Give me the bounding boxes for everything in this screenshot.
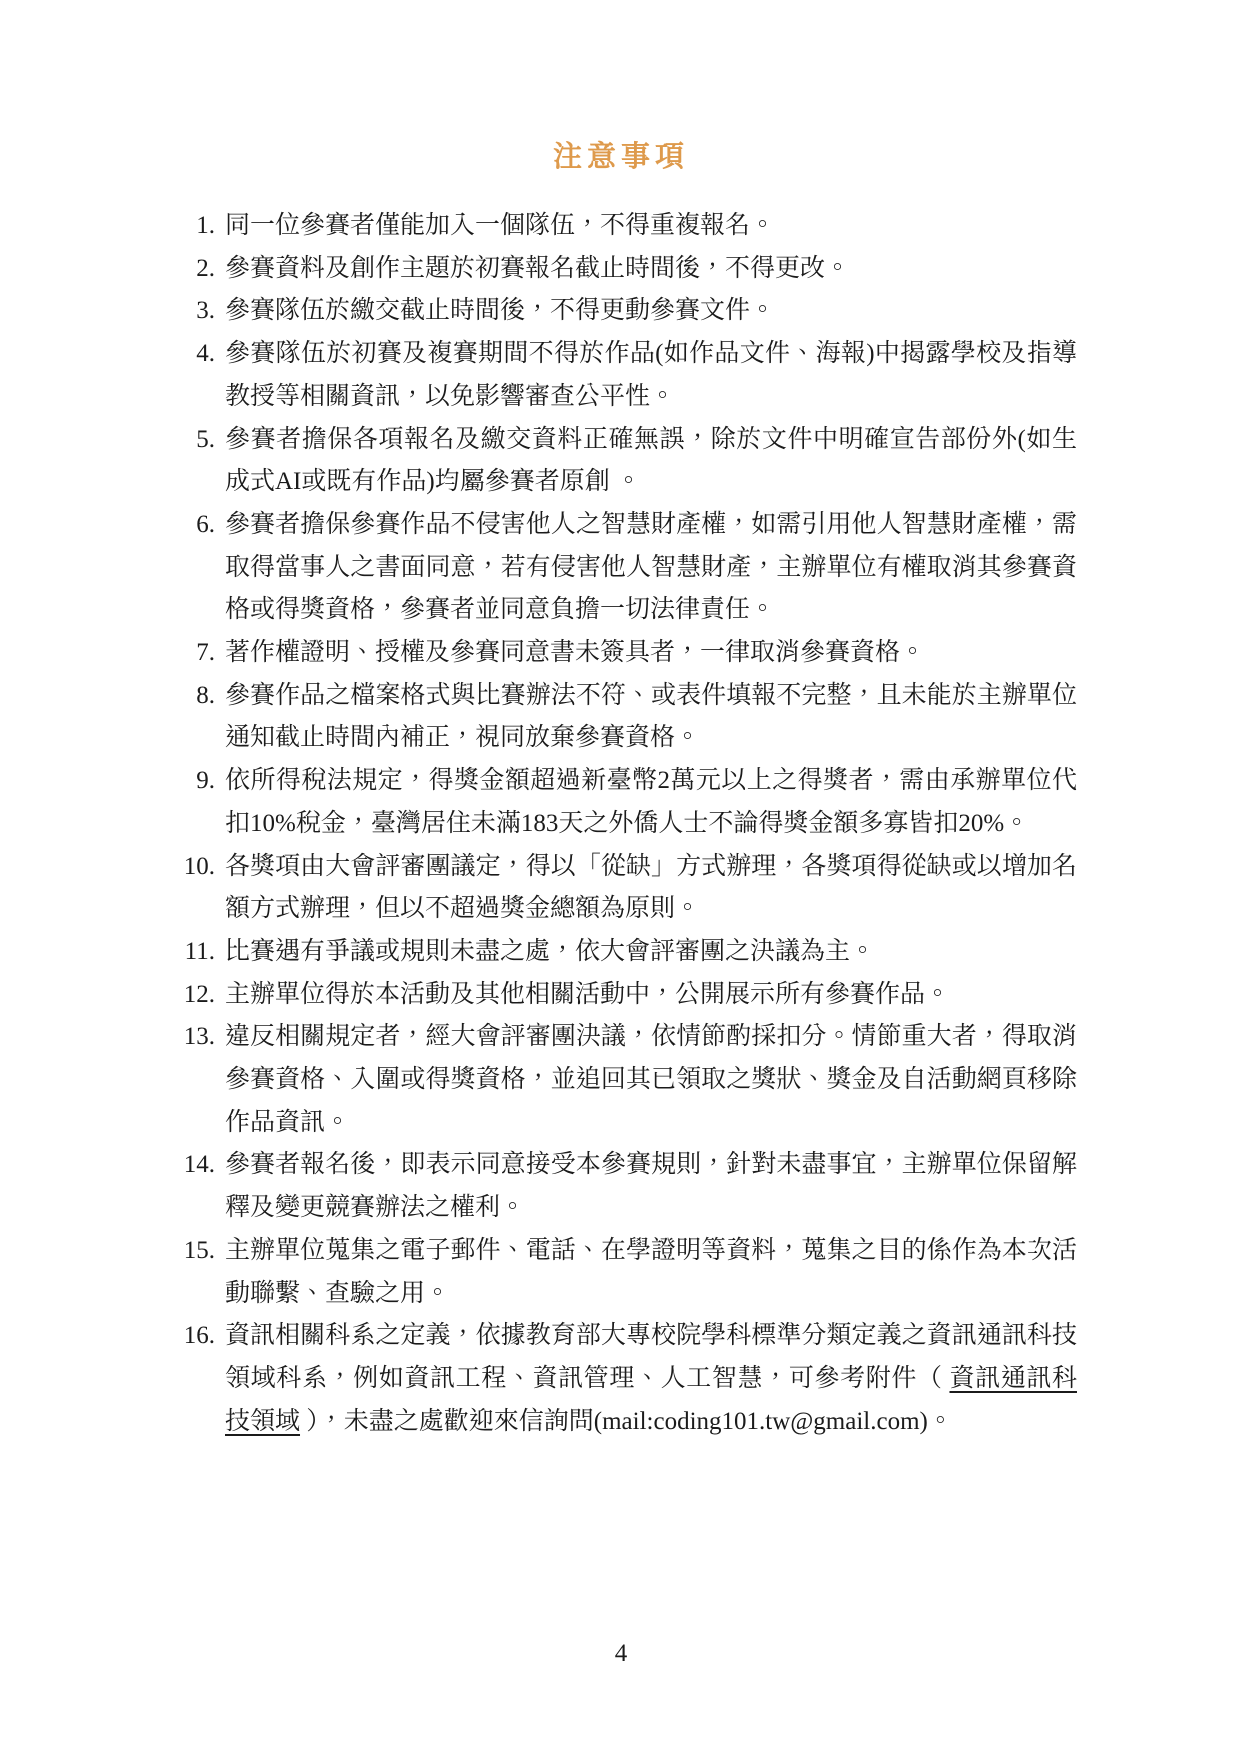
item-number: 14. <box>165 1144 215 1187</box>
item-number: 3. <box>165 290 215 333</box>
list-item: 3. 參賽隊伍於繳交截止時間後，不得更動參賽文件。 <box>165 290 1077 333</box>
item-text: 著作權證明、授權及參賽同意書未簽具者，一律取消參賽資格。 <box>225 639 925 666</box>
item-text: 參賽者報名後，即表示同意接受本參賽規則，針對未盡事宜，主辦單位保留解釋及變更競賽… <box>225 1151 1077 1221</box>
list-item: 15. 主辦單位蒐集之電子郵件、電話、在學證明等資料，蒐集之目的係作為本次活動聯… <box>165 1230 1077 1315</box>
item-text-segment: 參賽隊伍於初賽及複賽期間不得於作品(如作品文件、海報)中揭露學校及指導教授等相關… <box>225 340 1077 410</box>
item-number: 15. <box>165 1230 215 1273</box>
item-text-segment: 依所得稅法規定，得獎金額超過新臺幣2萬元以上之得獎者，需由承辦單位代扣10%稅金… <box>225 767 1077 837</box>
page-title: 注意事項 <box>165 136 1077 179</box>
item-text-segment: 比賽遇有爭議或規則未盡之處，依大會評審團之決議為主。 <box>225 938 875 965</box>
item-text-segment: 違反相關規定者，經大會評審團決議，依情節酌採扣分。情節重大者，得取消參賽資格、入… <box>225 1023 1077 1135</box>
item-text-segment: 各獎項由大會評審團議定，得以「從缺」方式辦理，各獎項得從缺或以增加名額方式辦理，… <box>225 853 1077 923</box>
item-text-segment: ），未盡之處歡迎來信詢問(mail:coding101.tw@gmail.com… <box>300 1408 953 1435</box>
list-item: 14. 參賽者報名後，即表示同意接受本參賽規則，針對未盡事宜，主辦單位保留解釋及… <box>165 1144 1077 1229</box>
item-text: 參賽資料及創作主題於初賽報名截止時間後，不得更改。 <box>225 255 850 282</box>
item-text-segment: 同一位參賽者僅能加入一個隊伍，不得重複報名。 <box>225 212 775 239</box>
list-item: 11. 比賽遇有爭議或規則未盡之處，依大會評審團之決議為主。 <box>165 931 1077 974</box>
list-item: 13. 違反相關規定者，經大會評審團決議，依情節酌採扣分。情節重大者，得取消參賽… <box>165 1016 1077 1144</box>
item-text: 資訊相關科系之定義，依據教育部大專校院學科標準分類定義之資訊通訊科技領域科系，例… <box>225 1322 1077 1434</box>
list-item: 5. 參賽者擔保各項報名及繳交資料正確無誤，除於文件中明確宣告部份外(如生成式A… <box>165 419 1077 504</box>
item-number: 9. <box>165 760 215 803</box>
item-text-segment: 參賽者報名後，即表示同意接受本參賽規則，針對未盡事宜，主辦單位保留解釋及變更競賽… <box>225 1151 1077 1221</box>
list-item: 16. 資訊相關科系之定義，依據教育部大專校院學科標準分類定義之資訊通訊科技領域… <box>165 1315 1077 1443</box>
item-number: 4. <box>165 333 215 376</box>
notes-list: 1. 同一位參賽者僅能加入一個隊伍，不得重複報名。 2. 參賽資料及創作主題於初… <box>165 205 1077 1443</box>
list-item: 6. 參賽者擔保參賽作品不侵害他人之智慧財產權，如需引用他人智慧財產權，需取得當… <box>165 504 1077 632</box>
item-text-segment: 主辦單位蒐集之電子郵件、電話、在學證明等資料，蒐集之目的係作為本次活動聯繫、查驗… <box>225 1237 1077 1307</box>
item-number: 11. <box>165 931 215 974</box>
page-number: 4 <box>0 1640 1242 1668</box>
item-text: 主辦單位蒐集之電子郵件、電話、在學證明等資料，蒐集之目的係作為本次活動聯繫、查驗… <box>225 1237 1077 1307</box>
list-item: 9. 依所得稅法規定，得獎金額超過新臺幣2萬元以上之得獎者，需由承辦單位代扣10… <box>165 760 1077 845</box>
item-text-segment: 著作權證明、授權及參賽同意書未簽具者，一律取消參賽資格。 <box>225 639 925 666</box>
item-text: 依所得稅法規定，得獎金額超過新臺幣2萬元以上之得獎者，需由承辦單位代扣10%稅金… <box>225 767 1077 837</box>
document-page: 注意事項 1. 同一位參賽者僅能加入一個隊伍，不得重複報名。 2. 參賽資料及創… <box>0 0 1242 1756</box>
list-item: 10. 各獎項由大會評審團議定，得以「從缺」方式辦理，各獎項得從缺或以增加名額方… <box>165 846 1077 931</box>
item-number: 5. <box>165 419 215 462</box>
item-text-segment: 參賽資料及創作主題於初賽報名截止時間後，不得更改。 <box>225 255 850 282</box>
item-text-segment: 參賽者擔保參賽作品不侵害他人之智慧財產權，如需引用他人智慧財產權，需取得當事人之… <box>225 511 1077 623</box>
item-text: 同一位參賽者僅能加入一個隊伍，不得重複報名。 <box>225 212 775 239</box>
item-text: 參賽隊伍於初賽及複賽期間不得於作品(如作品文件、海報)中揭露學校及指導教授等相關… <box>225 340 1077 410</box>
list-item: 8. 參賽作品之檔案格式與比賽辦法不符、或表件填報不完整，且未能於主辦單位通知截… <box>165 675 1077 760</box>
item-number: 7. <box>165 632 215 675</box>
item-text: 參賽者擔保參賽作品不侵害他人之智慧財產權，如需引用他人智慧財產權，需取得當事人之… <box>225 511 1077 623</box>
item-number: 1. <box>165 205 215 248</box>
list-item: 1. 同一位參賽者僅能加入一個隊伍，不得重複報名。 <box>165 205 1077 248</box>
item-text: 比賽遇有爭議或規則未盡之處，依大會評審團之決議為主。 <box>225 938 875 965</box>
item-text: 各獎項由大會評審團議定，得以「從缺」方式辦理，各獎項得從缺或以增加名額方式辦理，… <box>225 853 1077 923</box>
item-number: 10. <box>165 846 215 889</box>
item-text: 參賽隊伍於繳交截止時間後，不得更動參賽文件。 <box>225 297 775 324</box>
item-number: 8. <box>165 675 215 718</box>
list-item: 7. 著作權證明、授權及參賽同意書未簽具者，一律取消參賽資格。 <box>165 632 1077 675</box>
list-item: 4. 參賽隊伍於初賽及複賽期間不得於作品(如作品文件、海報)中揭露學校及指導教授… <box>165 333 1077 418</box>
item-text: 參賽者擔保各項報名及繳交資料正確無誤，除於文件中明確宣告部份外(如生成式AI或既… <box>225 426 1077 496</box>
item-number: 12. <box>165 974 215 1017</box>
item-number: 16. <box>165 1315 215 1358</box>
item-text-segment: 參賽作品之檔案格式與比賽辦法不符、或表件填報不完整，且未能於主辦單位通知截止時間… <box>225 682 1077 752</box>
document-content: 注意事項 1. 同一位參賽者僅能加入一個隊伍，不得重複報名。 2. 參賽資料及創… <box>165 136 1077 1443</box>
item-number: 6. <box>165 504 215 547</box>
list-item: 2. 參賽資料及創作主題於初賽報名截止時間後，不得更改。 <box>165 248 1077 291</box>
item-text-segment: 主辦單位得於本活動及其他相關活動中，公開展示所有參賽作品。 <box>225 981 950 1008</box>
item-text: 主辦單位得於本活動及其他相關活動中，公開展示所有參賽作品。 <box>225 981 950 1008</box>
item-text-segment: 參賽者擔保各項報名及繳交資料正確無誤，除於文件中明確宣告部份外(如生成式AI或既… <box>225 426 1077 496</box>
item-number: 2. <box>165 248 215 291</box>
item-text: 違反相關規定者，經大會評審團決議，依情節酌採扣分。情節重大者，得取消參賽資格、入… <box>225 1023 1077 1135</box>
item-number: 13. <box>165 1016 215 1059</box>
item-text-segment: 參賽隊伍於繳交截止時間後，不得更動參賽文件。 <box>225 297 775 324</box>
item-text: 參賽作品之檔案格式與比賽辦法不符、或表件填報不完整，且未能於主辦單位通知截止時間… <box>225 682 1077 752</box>
list-item: 12. 主辦單位得於本活動及其他相關活動中，公開展示所有參賽作品。 <box>165 974 1077 1017</box>
